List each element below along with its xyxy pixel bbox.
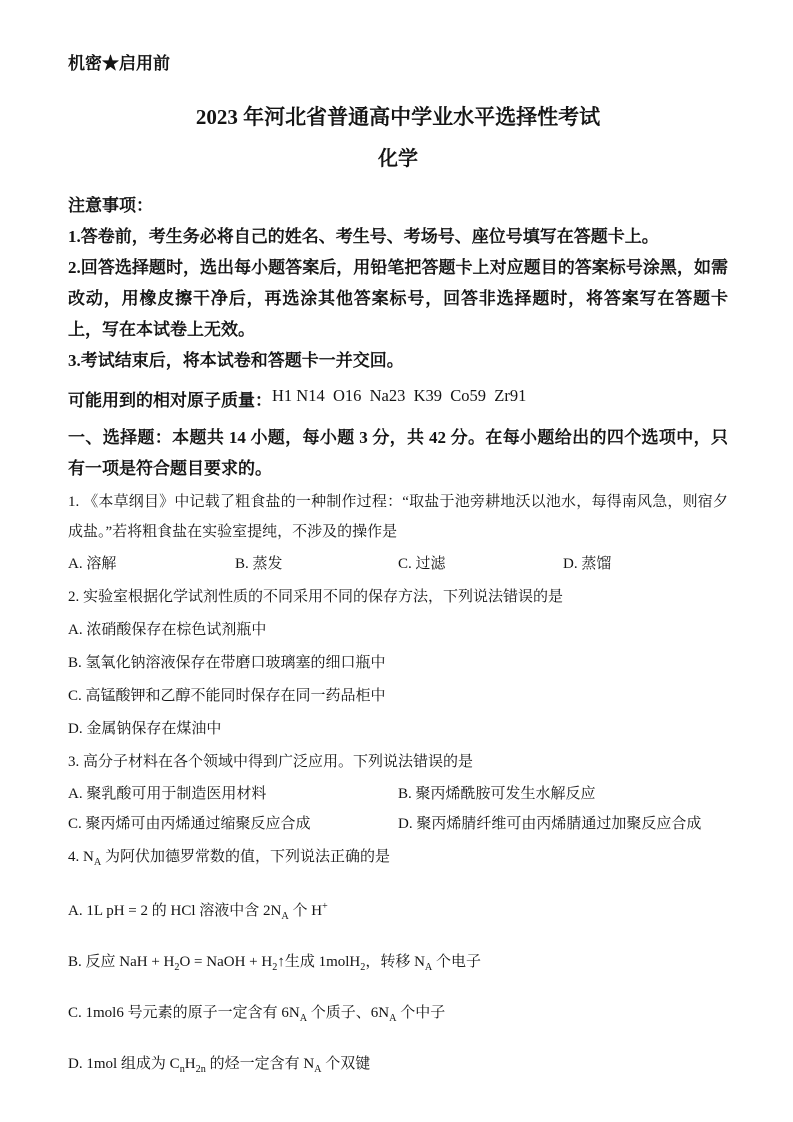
question-3-stem: 3. 高分子材料在各个领域中得到广泛应用。下列说法错误的是 [68,747,728,777]
question-2-option-c: C. 高锰酸钾和乙醇不能同时保存在同一药品柜中 [68,681,728,711]
notice-item-1: 1.答卷前，考生务必将自己的姓名、考生号、考场号、座位号填写在答题卡上。 [68,221,728,252]
question-3-option-c: C. 聚丙烯可由丙烯通过缩聚反应合成 [68,809,398,839]
question-2-option-a: A. 浓硝酸保存在棕色试剂瓶中 [68,615,728,645]
question-1-option-a: A. 溶解 [68,549,235,579]
question-2-option-b: B. 氢氧化钠溶液保存在带磨口玻璃塞的细口瓶中 [68,648,728,678]
section-heading: 一、选择题：本题共 14 小题，每小题 3 分，共 42 分。在每小题给出的四个… [68,422,728,484]
question-1: 1. 《本草纲目》中记载了粗食盐的一种制作过程：“取盐于池旁耕地沃以池水，每得南… [68,487,728,579]
question-4-option-d: D. 1mol 组成为 CnH2n 的烃一定含有 NA 个双键 [68,1048,728,1086]
notice-item-3: 3.考试结束后，将本试卷和答题卡一并交回。 [68,345,728,376]
exam-paper-page: 机密★启用前 2023 年河北省普通高中学业水平选择性考试 化学 注意事项： 1… [0,0,793,1122]
question-3-option-d: D. 聚丙烯腈纤维可由丙烯腈通过加聚反应合成 [398,809,728,839]
question-3-options: A. 聚乳酸可用于制造医用材料 B. 聚丙烯酰胺可发生水解反应 C. 聚丙烯可由… [68,779,728,839]
question-4: 4. NA 为阿伏加德罗常数的值，下列说法正确的是 A. 1L pH = 2 的… [68,842,728,1086]
question-4-stem: 4. NA 为阿伏加德罗常数的值，下列说法正确的是 [68,842,728,878]
classification-label: 机密★启用前 [68,52,728,76]
notice-heading: 注意事项： [68,190,728,221]
question-2-option-d: D. 金属钠保存在煤油中 [68,714,728,744]
question-4-option-a: A. 1L pH = 2 的 HCl 溶液中含 2NA 个 H+ [68,891,728,933]
question-3-option-b: B. 聚丙烯酰胺可发生水解反应 [398,779,728,809]
question-1-options: A. 溶解 B. 蒸发 C. 过滤 D. 蒸馏 [68,549,728,579]
notice-item-2: 2.回答选择题时，选出每小题答案后，用铅笔把答题卡上对应题目的答案标号涂黑，如需… [68,252,728,345]
question-2-stem: 2. 实验室根据化学试剂性质的不同采用不同的保存方法，下列说法错误的是 [68,582,728,612]
question-1-option-d: D. 蒸馏 [563,549,728,579]
atomic-mass-line: 可能用到的相对原子质量：H1 N14 O16 Na23 K39 Co59 Zr9… [68,386,728,416]
question-4-option-b: B. 反应 NaH + H2O = NaOH + H2↑生成 1molH2，转移… [68,946,728,984]
question-4-option-c: C. 1mol6 号元素的原子一定含有 6NA 个质子、6NA 个中子 [68,997,728,1035]
question-3: 3. 高分子材料在各个领域中得到广泛应用。下列说法错误的是 A. 聚乳酸可用于制… [68,747,728,839]
atomic-mass-label: 可能用到的相对原子质量： [68,391,272,410]
exam-title: 2023 年河北省普通高中学业水平选择性考试 [68,102,728,132]
question-1-stem: 1. 《本草纲目》中记载了粗食盐的一种制作过程：“取盐于池旁耕地沃以池水，每得南… [68,487,728,547]
question-1-option-c: C. 过滤 [398,549,563,579]
exam-subject: 化学 [68,144,728,174]
question-4-options: A. 1L pH = 2 的 HCl 溶液中含 2NA 个 H+ B. 反应 N… [68,891,728,1086]
question-2: 2. 实验室根据化学试剂性质的不同采用不同的保存方法，下列说法错误的是 A. 浓… [68,582,728,744]
question-2-options: A. 浓硝酸保存在棕色试剂瓶中 B. 氢氧化钠溶液保存在带磨口玻璃塞的细口瓶中 … [68,615,728,744]
atomic-mass-values: H1 N14 O16 Na23 K39 Co59 Zr91 [272,386,526,405]
question-3-option-a: A. 聚乳酸可用于制造医用材料 [68,779,398,809]
question-1-option-b: B. 蒸发 [235,549,398,579]
